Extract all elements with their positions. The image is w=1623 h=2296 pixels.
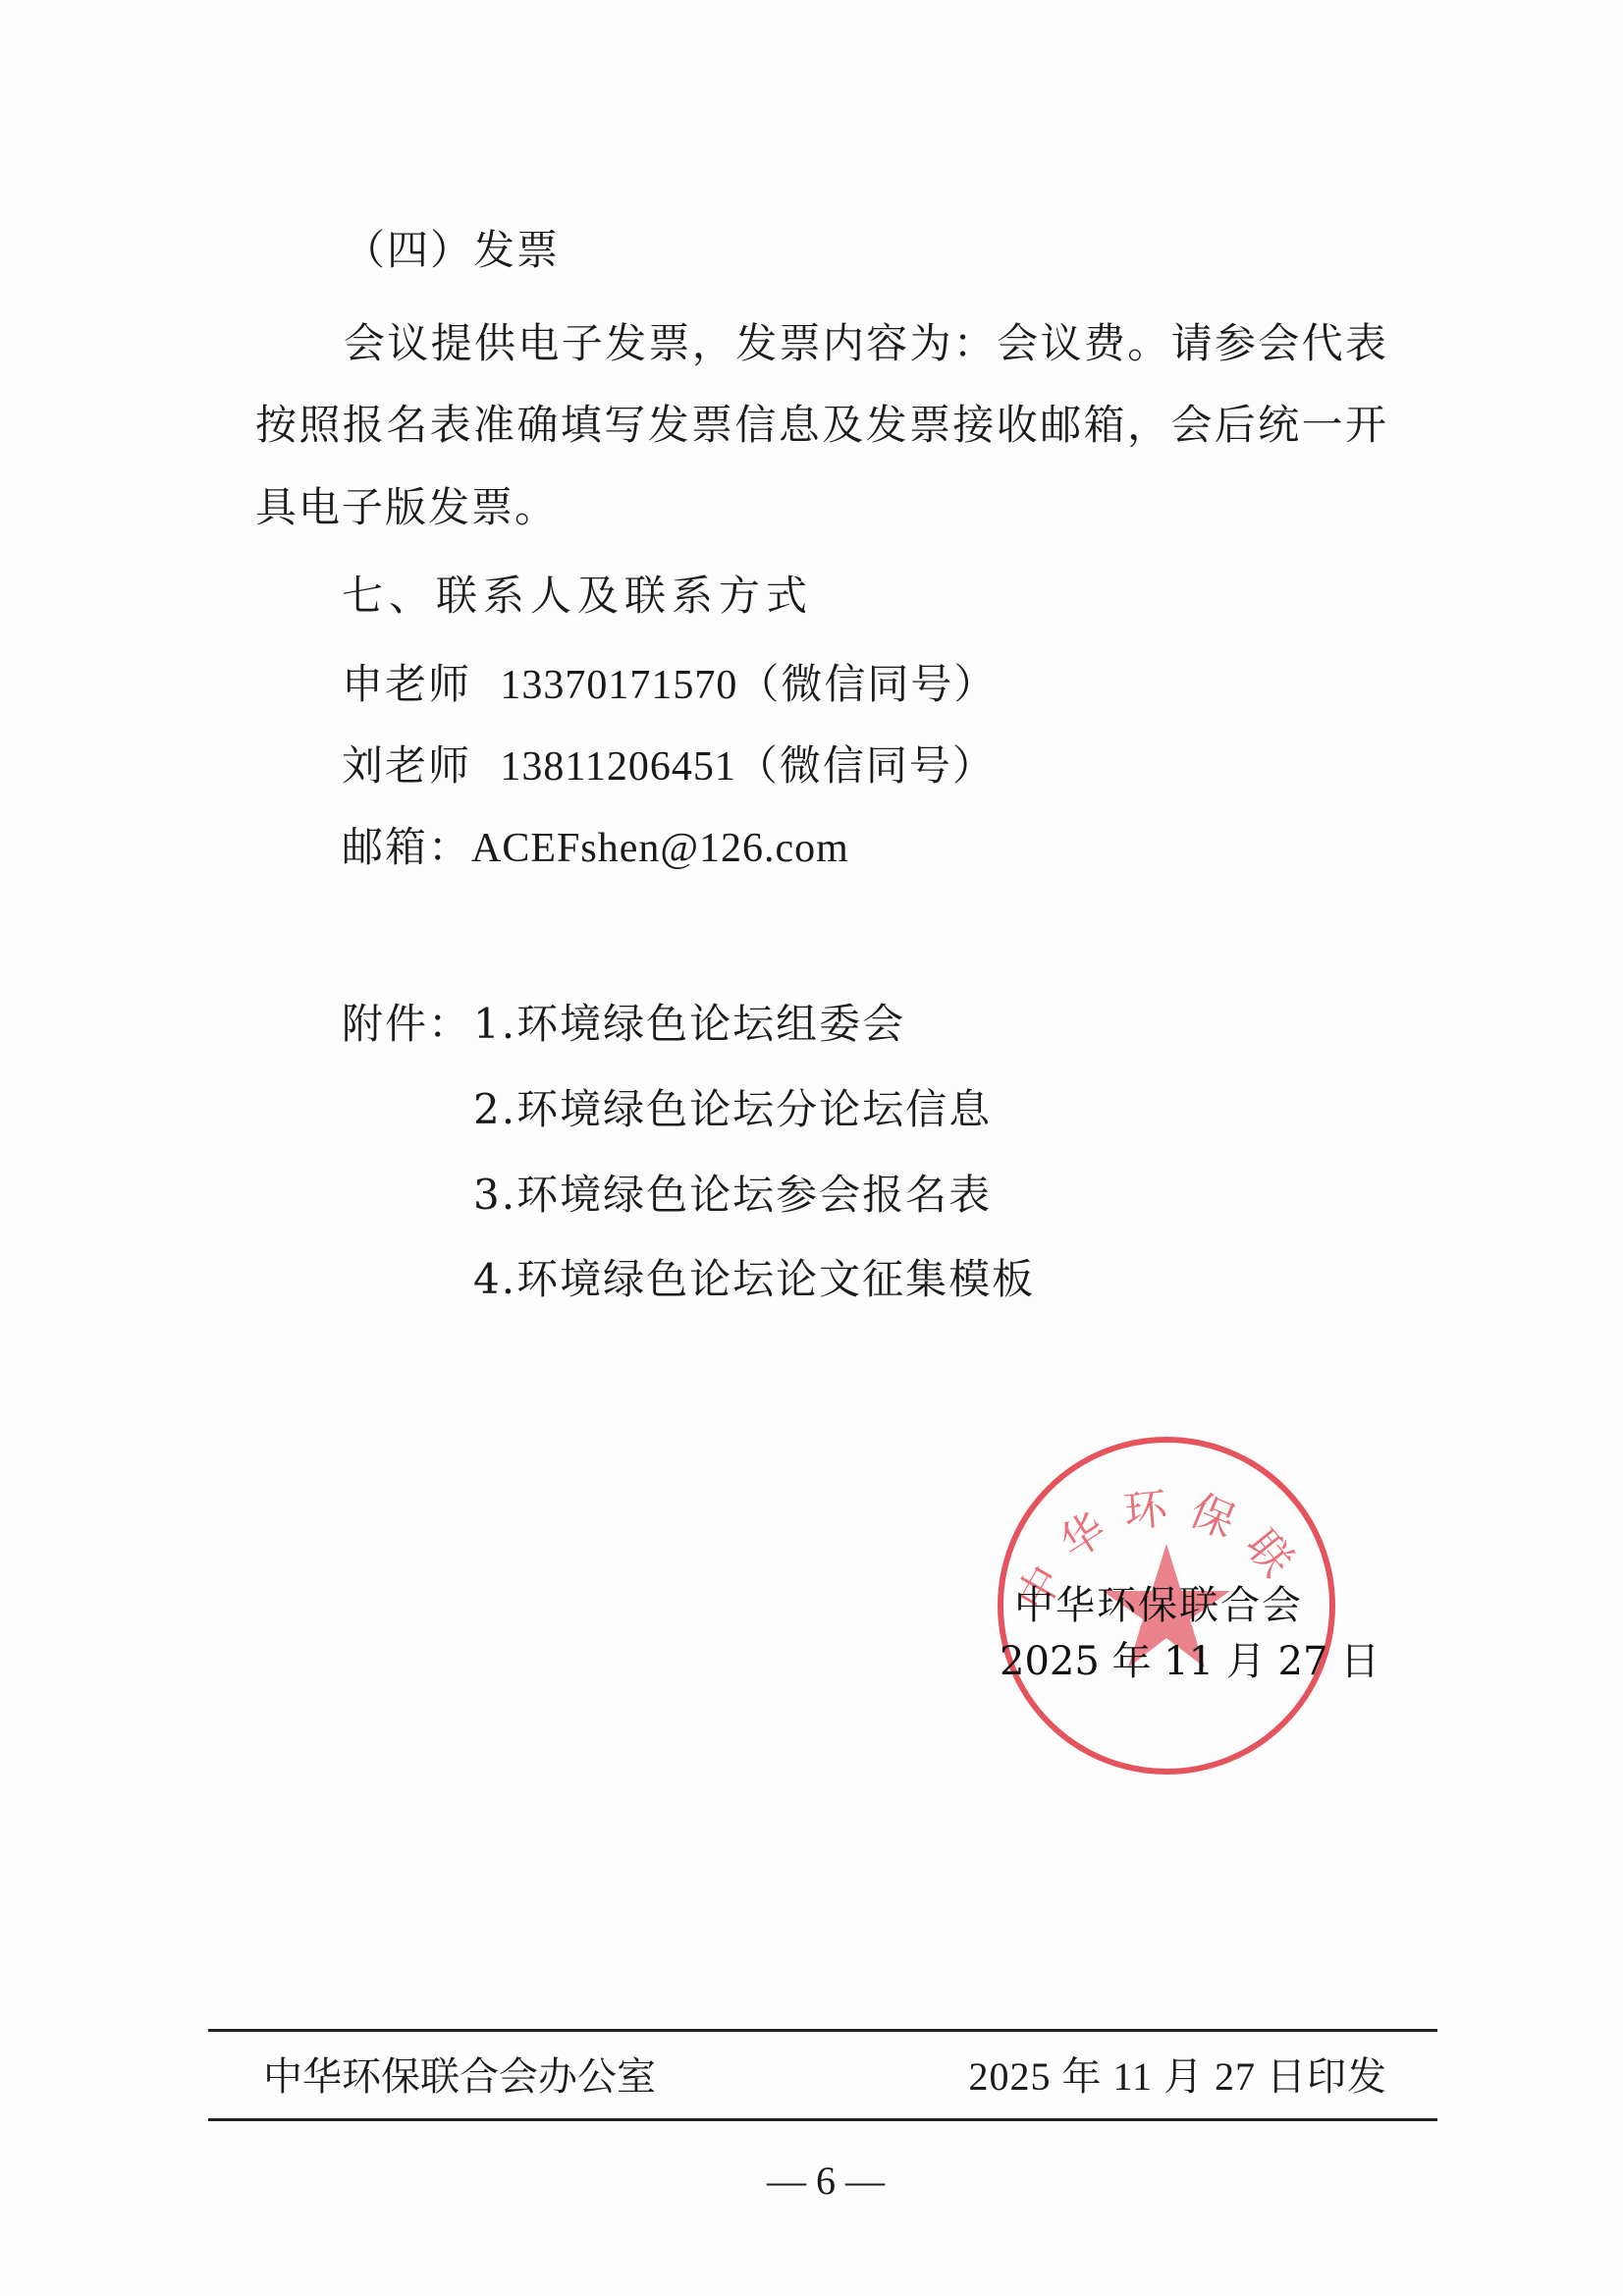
contact-row-1: 申老师 13370171570（微信同号）: [342, 660, 997, 709]
page-number: — 6 —: [766, 2159, 886, 2204]
signature-date: 2025 年 11 月 27 日: [1000, 1639, 1380, 1684]
contact-note: （微信同号）: [736, 741, 996, 790]
footer-bottom-rule: [208, 2118, 1437, 2121]
document-page: （四）发票 会议提供电子发票，发票内容为：会议费。请参会代表 按照报名表准确填写…: [0, 0, 1623, 2296]
footer-issuer: 中华环保联合会办公室: [263, 2054, 656, 2100]
contact-note: （微信同号）: [737, 660, 997, 708]
contact-name: 申老师: [342, 660, 471, 708]
contact-phone: 13811206451: [500, 744, 735, 790]
footer-top-rule: [208, 2029, 1437, 2032]
attachment-item-2: 2.环境绿色论坛分论坛信息: [473, 1085, 992, 1134]
contact-heading: 七、联系人及联系方式: [342, 572, 813, 621]
attachments-label: 附件：: [342, 1000, 471, 1049]
attachment-item-4: 4.环境绿色论坛论文征集模板: [473, 1255, 1035, 1304]
invoice-paragraph-line-1: 会议提供电子发票，发票内容为：会议费。请参会代表: [344, 319, 1386, 368]
signature-organization: 中华环保联合会: [1014, 1583, 1303, 1628]
invoice-paragraph-line-3: 具电子版发票。: [255, 483, 558, 532]
contact-email-row: 邮箱：ACEFshen@126.com: [342, 823, 849, 872]
invoice-paragraph-line-2: 按照报名表准确填写发票信息及发票接收邮箱，会后统一开: [255, 401, 1386, 450]
attachment-item-3: 3.环境绿色论坛参会报名表: [473, 1171, 992, 1220]
contact-row-2: 刘老师 13811206451（微信同号）: [342, 741, 996, 791]
footer-issue-date: 2025 年 11 月 27 日印发: [968, 2054, 1387, 2100]
attachment-item-1: 1.环境绿色论坛组委会: [473, 1000, 905, 1049]
email-label: 邮箱：: [342, 823, 471, 871]
contact-phone: 13370171570: [500, 663, 737, 708]
contact-name: 刘老师: [342, 741, 471, 790]
invoice-heading: （四）发票: [344, 226, 560, 275]
email-address: ACEFshen@126.com: [471, 826, 849, 871]
